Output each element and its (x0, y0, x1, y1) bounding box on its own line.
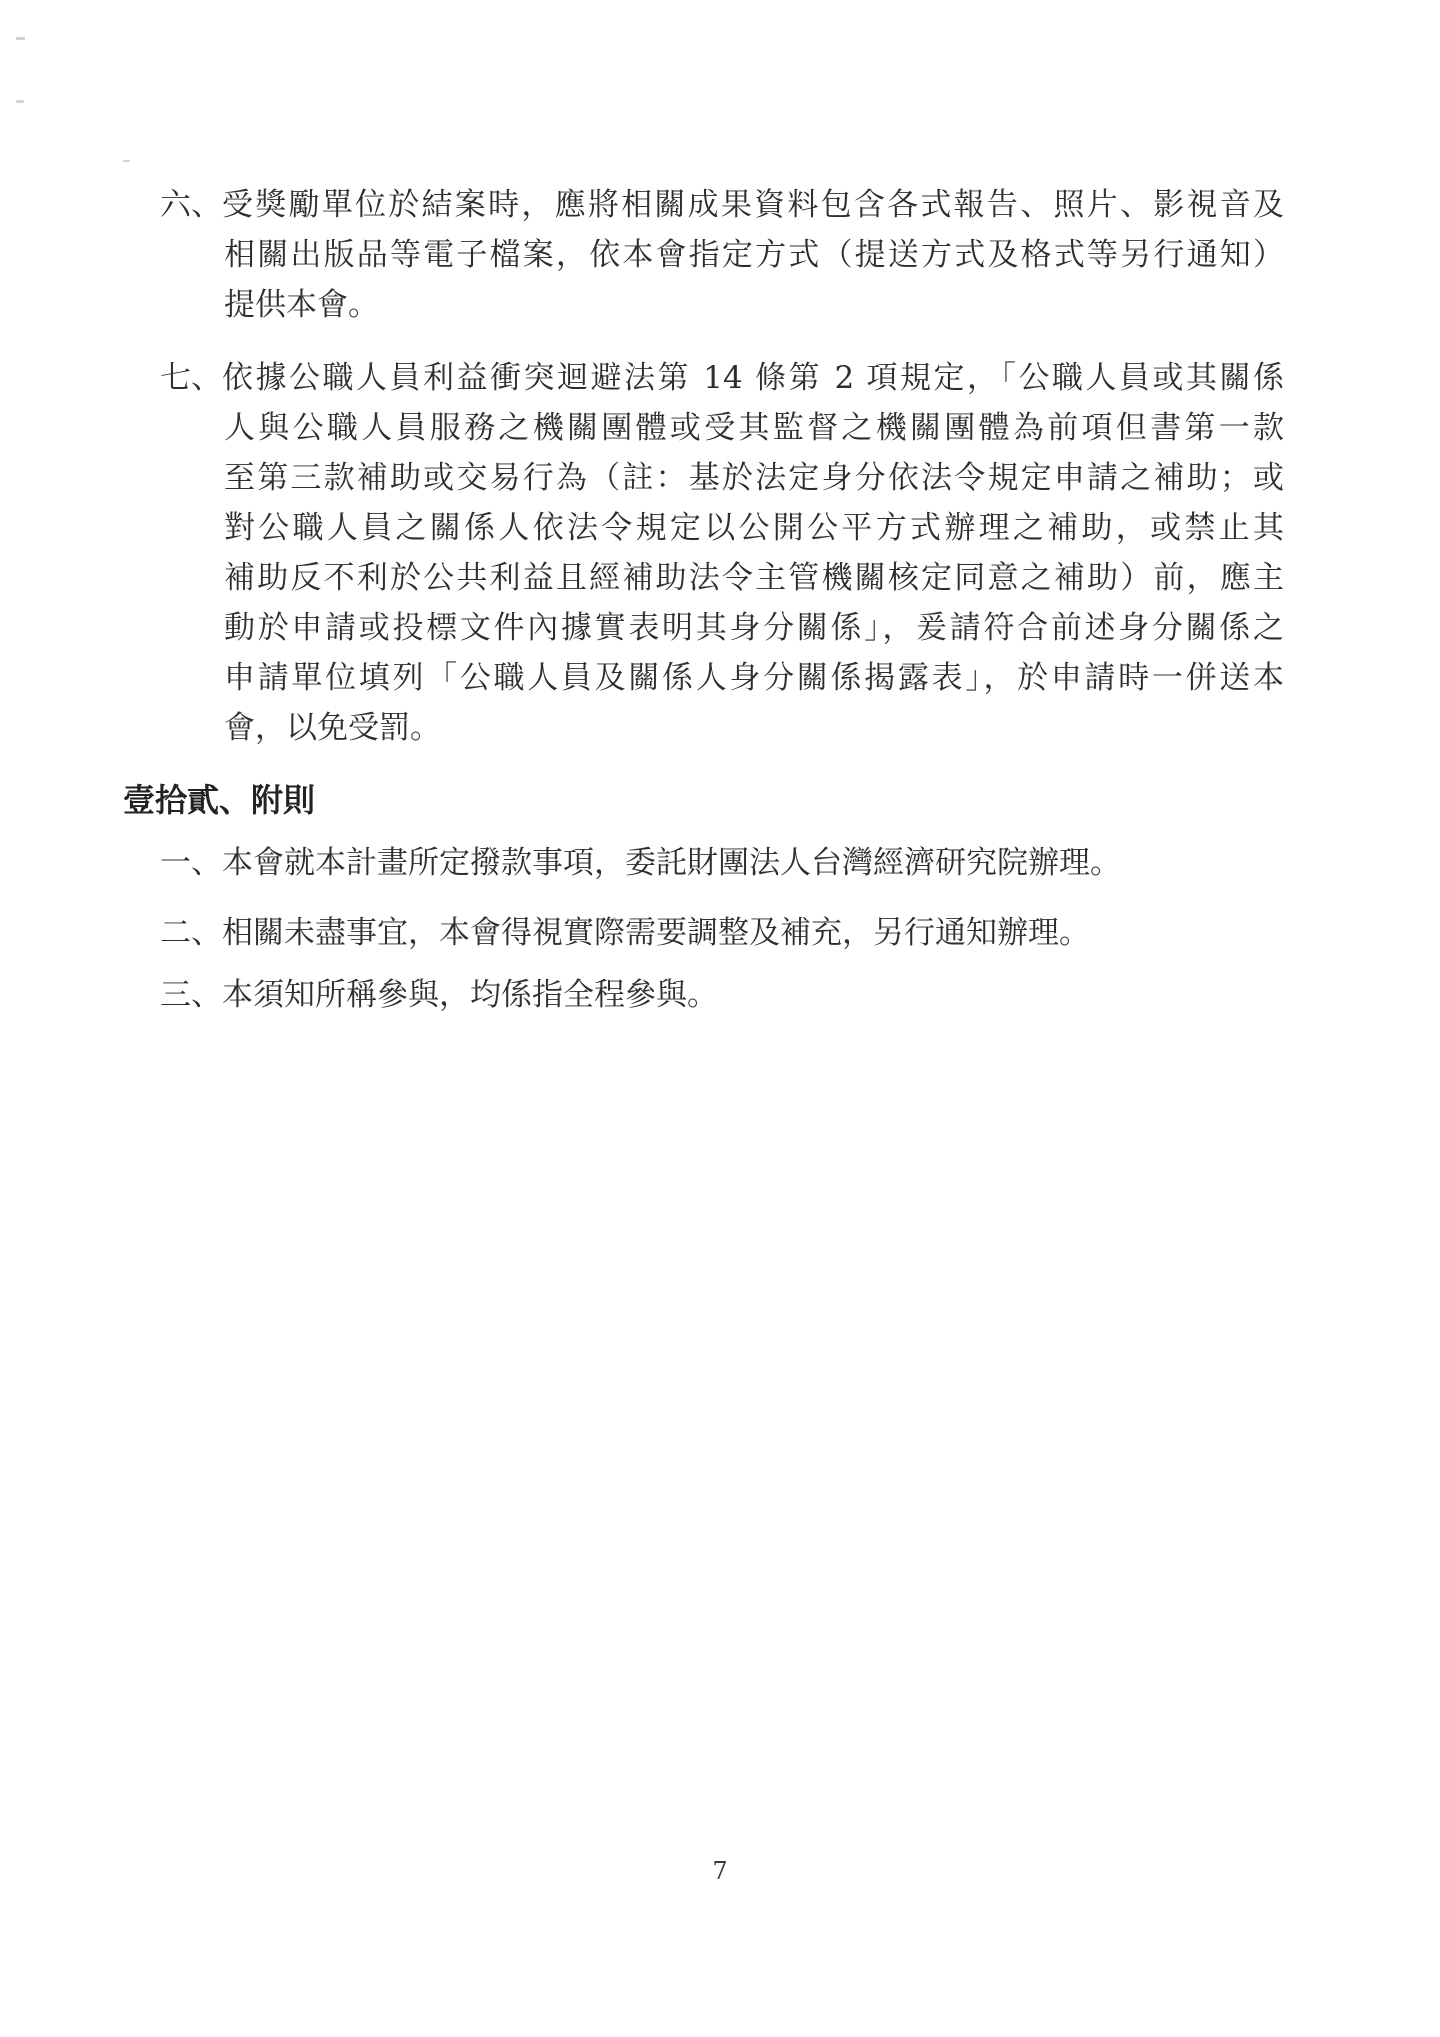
subclause-2-marker: 二、 (160, 908, 222, 958)
clause-7-marker: 七、 (160, 353, 222, 403)
clause-7-line-1: 七、 依據公職人員利益衝突迴避法第 14 條第 2 項規定，「公職人員或其關係 (160, 353, 1284, 403)
subclause-2-text: 相關未盡事宜，本會得視實際需要調整及補充，另行通知辦理。 (222, 908, 1090, 958)
clause-7-line-3: 至第三款補助或交易行為（註：基於法定身分依法令規定申請之補助；或 (224, 453, 1284, 503)
clause-6-line-2: 相關出版品等電子檔案，依本會指定方式（提送方式及格式等另行通知） (224, 230, 1284, 280)
clause-7-line-7: 申請單位填列「公職人員及關係人身分關係揭露表」，於申請時一併送本 (224, 653, 1284, 703)
clause-6-line-3: 提供本會。 (224, 280, 1284, 330)
scan-speck (16, 37, 25, 40)
clause-6-marker: 六、 (160, 180, 222, 230)
subclause-1-text: 本會就本計畫所定撥款事項，委託財團法人台灣經濟研究院辦理。 (222, 838, 1121, 888)
clause-6-text-1: 受獎勵單位於結案時，應將相關成果資料包含各式報告、照片、影視音及 (222, 180, 1284, 230)
clause-7-line-6: 動於申請或投標文件內據實表明其身分關係」，爰請符合前述身分關係之 (224, 603, 1284, 653)
clause-6: 六、 受獎勵單位於結案時，應將相關成果資料包含各式報告、照片、影視音及 相關出版… (160, 180, 1284, 330)
subclause-3: 三、 本須知所稱參與，均係指全程參與。 (160, 970, 718, 1020)
subclause-3-text: 本須知所稱參與，均係指全程參與。 (222, 970, 718, 1020)
section-heading: 壹拾貳、附則 (123, 775, 315, 825)
subclause-1: 一、 本會就本計畫所定撥款事項，委託財團法人台灣經濟研究院辦理。 (160, 838, 1121, 888)
subclause-1-marker: 一、 (160, 838, 222, 888)
scan-speck (16, 100, 24, 103)
document-page: 六、 受獎勵單位於結案時，應將相關成果資料包含各式報告、照片、影視音及 相關出版… (0, 0, 1440, 2037)
page-number: 7 (0, 1856, 1440, 1886)
clause-7-line-5: 補助反不利於公共利益且經補助法令主管機關核定同意之補助）前，應主 (224, 553, 1284, 603)
clause-7-line-4: 對公職人員之關係人依法令規定以公開公平方式辦理之補助，或禁止其 (224, 503, 1284, 553)
clause-7-line-2: 人與公職人員服務之機關團體或受其監督之機關團體為前項但書第一款 (224, 403, 1284, 453)
subclause-2: 二、 相關未盡事宜，本會得視實際需要調整及補充，另行通知辦理。 (160, 908, 1090, 958)
clause-6-line-1: 六、 受獎勵單位於結案時，應將相關成果資料包含各式報告、照片、影視音及 (160, 180, 1284, 230)
scan-speck (123, 160, 130, 162)
clause-7-line-8: 會，以免受罰。 (224, 703, 1284, 753)
subclause-3-marker: 三、 (160, 970, 222, 1020)
clause-7-text-1: 依據公職人員利益衝突迴避法第 14 條第 2 項規定，「公職人員或其關係 (222, 353, 1284, 403)
clause-7: 七、 依據公職人員利益衝突迴避法第 14 條第 2 項規定，「公職人員或其關係 … (160, 353, 1284, 753)
